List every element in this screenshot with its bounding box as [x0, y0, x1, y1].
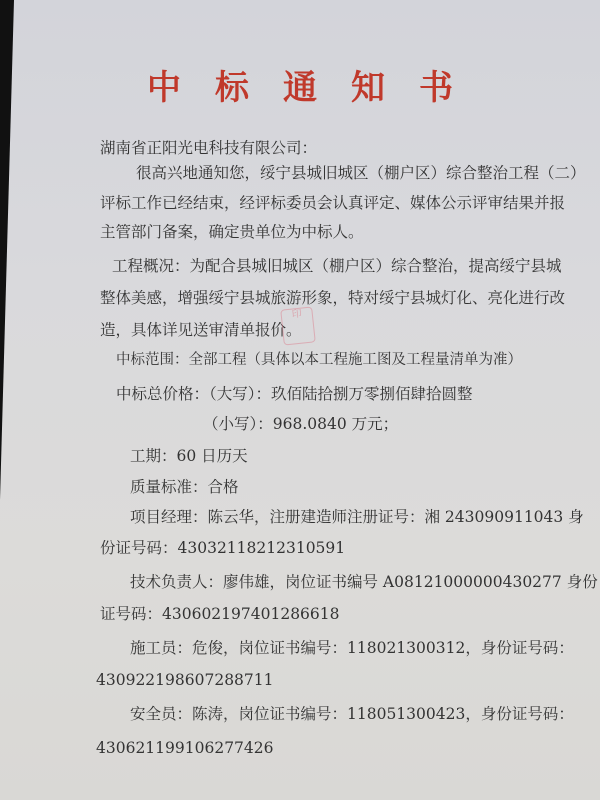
official-seal-stamp: 印 — [280, 306, 316, 345]
document-page: 中 标 通 知 书 湖南省正阳光电科技有限公司： 很高兴地通知您，绥宁县城旧城区… — [0, 0, 600, 800]
overview-line-1: 工程概况：为配合县城旧城区（棚户区）综合整治，提高绥宁县城 — [112, 256, 562, 276]
title-char: 书 — [419, 60, 453, 109]
construction-worker-line-1: 施工员：危俊，岗位证书编号：118021300312，身份证号码： — [130, 638, 574, 658]
safety-officer-line-2: 430621199106277426 — [96, 738, 274, 758]
overview-line-3: 造，具体详见送审清单报价。 — [100, 320, 302, 340]
document-title: 中 标 通 知 书 — [0, 60, 600, 109]
bid-scope: 中标范围：全部工程（具体以本工程施工图及工程量清单为准） — [116, 350, 522, 370]
intro-line-1: 很高兴地通知您，绥宁县城旧城区（棚户区）综合整治工程（二） — [136, 163, 586, 183]
project-manager-line-1: 项目经理：陈云华，注册建造师注册证号：湘 243090911043 身 — [130, 507, 584, 527]
addressee: 湖南省正阳光电科技有限公司： — [100, 138, 317, 158]
title-char: 知 — [351, 60, 385, 109]
project-manager-line-2: 份证号码：43032118212310591 — [100, 538, 345, 558]
quality-standard: 质量标准：合格 — [130, 477, 239, 497]
technical-lead-line-2: 证号码：430602197401286618 — [100, 604, 340, 624]
stamp-text: 印 — [291, 309, 302, 321]
safety-officer-line-1: 安全员：陈涛，岗位证书编号：118051300423，身份证号码： — [130, 704, 574, 724]
title-char: 中 — [147, 60, 181, 109]
total-price-uppercase: 中标总价格：（大写）：玖佰陆拾捌万零捌佰肆拾圆整 — [116, 384, 473, 404]
construction-period: 工期：60 日历天 — [130, 446, 248, 466]
title-char: 标 — [215, 60, 249, 109]
intro-line-3: 主管部门备案，确定贵单位为中标人。 — [100, 222, 364, 242]
construction-worker-line-2: 430922198607288711 — [96, 670, 274, 690]
total-price-lowercase: （小写）：968.0840 万元； — [203, 414, 398, 434]
title-char: 通 — [283, 60, 317, 109]
intro-line-2: 评标工作已经结束，经评标委员会认真评定、媒体公示评审结果并报 — [100, 193, 565, 213]
overview-line-2: 整体美感，增强绥宁县城旅游形象，特对绥宁县城灯化、亮化进行改 — [100, 288, 565, 308]
technical-lead-line-1: 技术负责人：廖伟雄，岗位证书编号 A08121000000430277 身份 — [130, 572, 598, 592]
